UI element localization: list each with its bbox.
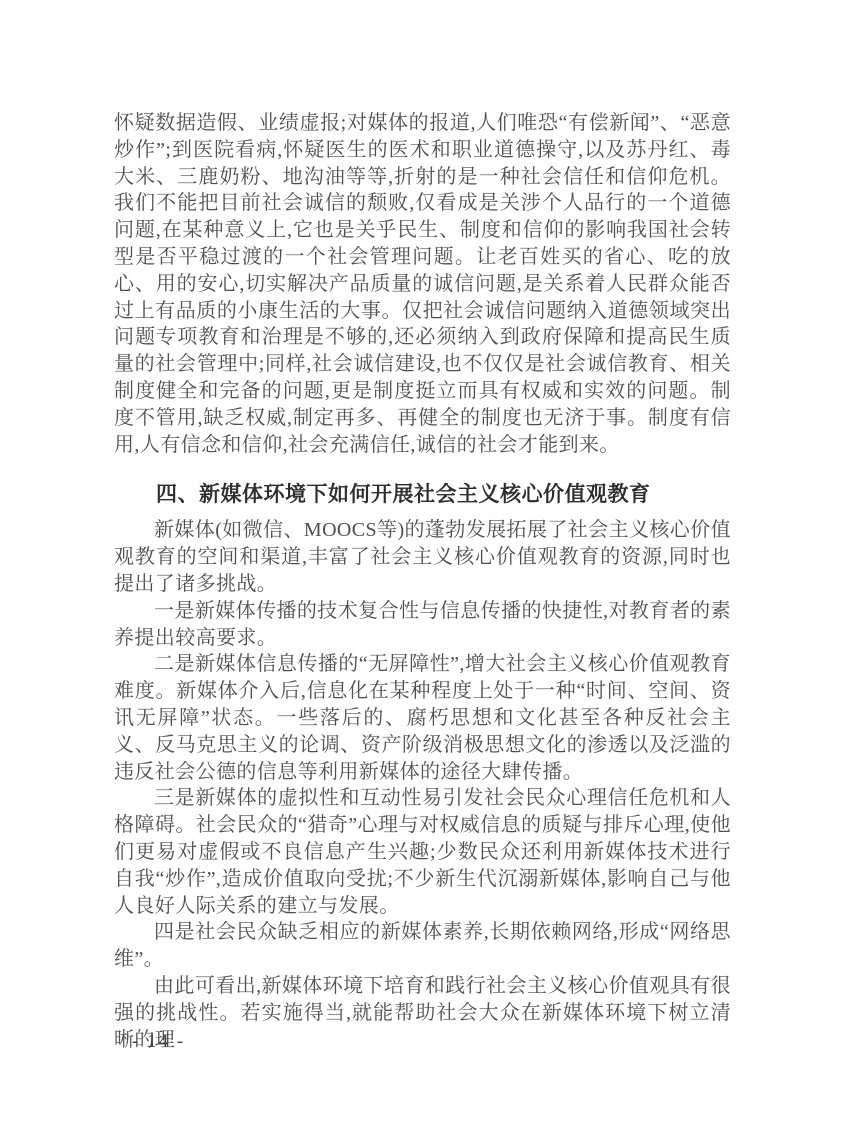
body-paragraph-point-one: 一是新媒体传播的技术复合性与信息传播的快捷性,对教育者的素养提出较高要求。 <box>114 598 731 652</box>
document-page: 怀疑数据造假、业绩虚报;对媒体的报道,人们唯恐“有偿新闻”、“恶意炒作”;到医院… <box>0 0 850 1146</box>
body-paragraph-continued: 怀疑数据造假、业绩虚报;对媒体的报道,人们唯恐“有偿新闻”、“恶意炒作”;到医院… <box>114 110 731 458</box>
body-paragraph-new-media-intro: 新媒体(如微信、MOOCS等)的蓬勃发展拓展了社会主义核心价值观教育的空间和渠道… <box>114 517 731 597</box>
page-body-text: 怀疑数据造假、业绩虚报;对媒体的报道,人们唯恐“有偿新闻”、“恶意炒作”;到医院… <box>114 110 731 1053</box>
page-number: - 14 - <box>132 1030 185 1054</box>
body-paragraph-conclusion: 由此可看出,新媒体环境下培育和践行社会主义核心价值观具有很强的挑战性。若实施得当… <box>114 973 731 1053</box>
section-heading: 四、新媒体环境下如何开展社会主义核心价值观教育 <box>114 481 731 509</box>
body-paragraph-point-four: 四是社会民众缺乏相应的新媒体素养,长期依赖网络,形成“网络思维”。 <box>114 919 731 973</box>
body-paragraph-point-two: 二是新媒体信息传播的“无屏障性”,增大社会主义核心价值观教育难度。新媒体介入后,… <box>114 651 731 785</box>
body-paragraph-point-three: 三是新媒体的虚拟性和互动性易引发社会民众心理信任危机和人格障碍。社会民众的“猎奇… <box>114 785 731 919</box>
